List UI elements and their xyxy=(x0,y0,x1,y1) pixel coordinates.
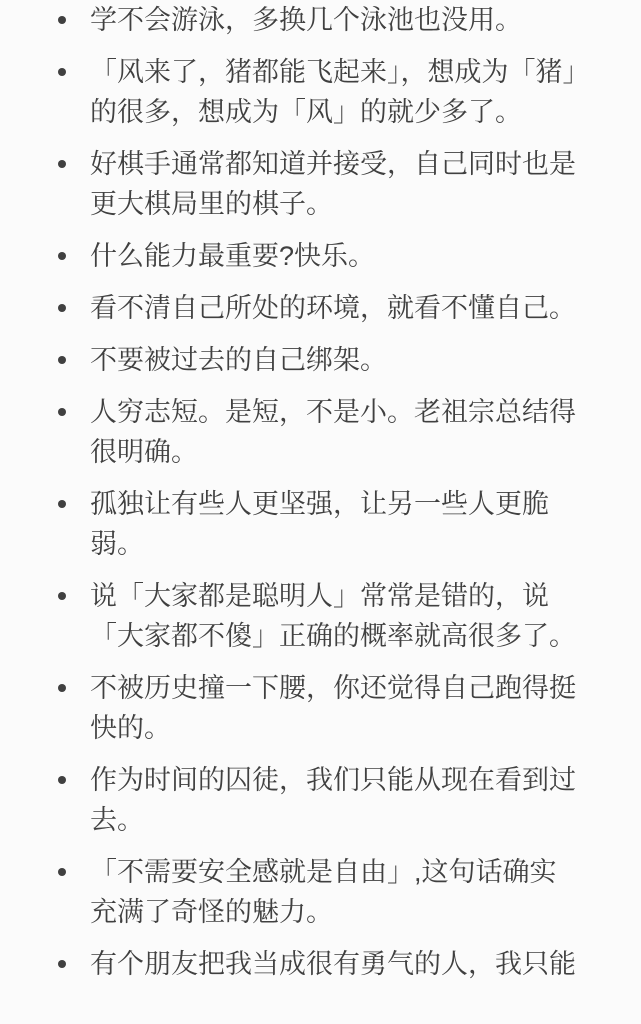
list-item: 不被历史撞一下腰，你还觉得自己跑得挺快的。 xyxy=(90,668,576,748)
bullet-icon xyxy=(58,684,66,692)
list-item: 不要被过去的自己绑架。 xyxy=(90,340,576,380)
list-item: 有个朋友把我当成很有勇气的人，我只能 xyxy=(90,944,576,984)
bullet-icon xyxy=(58,592,66,600)
bullet-icon xyxy=(58,252,66,260)
quote-text: 有个朋友把我当成很有勇气的人，我只能 xyxy=(90,949,576,979)
quote-text: 不被历史撞一下腰，你还觉得自己跑得挺快的。 xyxy=(90,673,576,743)
quote-text: 「不需要安全感就是自由」,这句话确实充满了奇怪的魅力。 xyxy=(90,857,557,927)
bullet-icon xyxy=(58,408,66,416)
quote-text: 作为时间的囚徒，我们只能从现在看到过去。 xyxy=(90,765,576,835)
list-item: 人穷志短。是短，不是小。老祖宗总结得很明确。 xyxy=(90,392,576,472)
list-item: 看不清自己所处的环境，就看不懂自己。 xyxy=(90,288,576,328)
list-item: 作为时间的囚徒，我们只能从现在看到过去。 xyxy=(90,760,576,840)
list-item: 孤独让有些人更坚强，让另一些人更脆弱。 xyxy=(90,484,576,564)
quote-text: 看不清自己所处的环境，就看不懂自己。 xyxy=(90,293,576,323)
bullet-icon xyxy=(58,304,66,312)
bullet-icon xyxy=(58,960,66,968)
bullet-icon xyxy=(58,16,66,24)
bullet-icon xyxy=(58,68,66,76)
bullet-icon xyxy=(58,356,66,364)
quote-text: 「风来了，猪都能飞起来」，想成为「猪」的很多，想成为「风」的就少多了。 xyxy=(90,57,576,127)
quote-text: 说「大家都是聪明人」常常是错的，说「大家都不傻」正确的概率就高很多了。 xyxy=(90,581,576,651)
quote-text: 孤独让有些人更坚强，让另一些人更脆弱。 xyxy=(90,489,549,559)
list-item: 说「大家都是聪明人」常常是错的，说「大家都不傻」正确的概率就高很多了。 xyxy=(90,576,576,656)
bullet-icon xyxy=(58,776,66,784)
list-item: 好棋手通常都知道并接受，自己同时也是更大棋局里的棋子。 xyxy=(90,144,576,224)
quote-text: 好棋手通常都知道并接受，自己同时也是更大棋局里的棋子。 xyxy=(90,149,576,219)
quote-text: 学不会游泳，多换几个泳池也没用。 xyxy=(90,5,522,35)
list-item: 学不会游泳，多换几个泳池也没用。 xyxy=(90,0,576,40)
list-item: 「风来了，猪都能飞起来」，想成为「猪」的很多，想成为「风」的就少多了。 xyxy=(90,52,576,132)
list-item: 「不需要安全感就是自由」,这句话确实充满了奇怪的魅力。 xyxy=(90,852,576,932)
quote-text: 人穷志短。是短，不是小。老祖宗总结得很明确。 xyxy=(90,397,576,467)
bullet-icon xyxy=(58,500,66,508)
quote-text: 什么能力最重要?快乐。 xyxy=(90,241,375,271)
bullet-icon xyxy=(58,160,66,168)
bullet-icon xyxy=(58,868,66,876)
quotes-list: 学不会游泳，多换几个泳池也没用。 「风来了，猪都能飞起来」，想成为「猪」的很多，… xyxy=(0,0,641,984)
list-item: 什么能力最重要?快乐。 xyxy=(90,236,576,276)
quote-text: 不要被过去的自己绑架。 xyxy=(90,345,387,375)
